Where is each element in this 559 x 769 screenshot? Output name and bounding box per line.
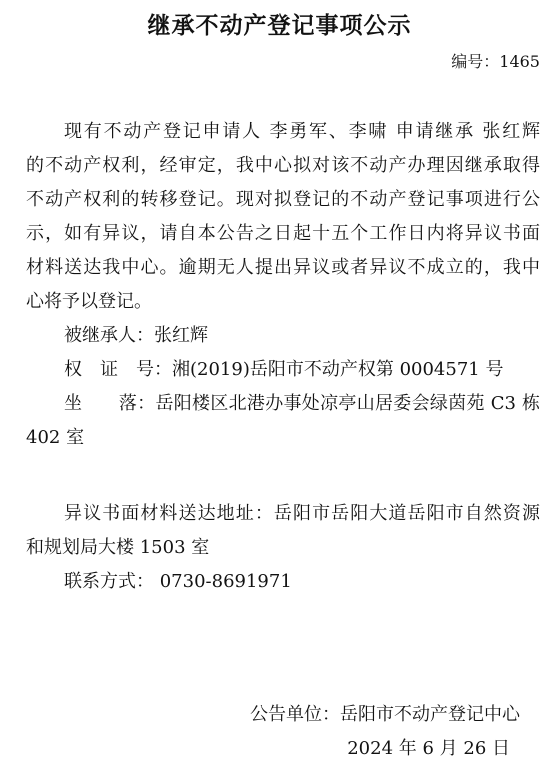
doc-number: 编号：1465 (0, 52, 559, 72)
document-page: 继承不动产登记事项公示 编号：1465 现有不动产登记申请人 李勇军、李啸 申请… (0, 0, 559, 769)
page-title: 继承不动产登记事项公示 (0, 12, 559, 40)
body-line: 示，如有异议，请自本公告之日起十五个工作日内将异议书面 (26, 217, 540, 251)
announcer-line: 公告单位：岳阳市不动产登记中心 (0, 698, 559, 732)
certificate-number-line: 权 证 号：湘(2019)岳阳市不动产权第 0004571 号 (26, 353, 540, 387)
body-line: 不动产权利的转移登记。现对拟登记的不动产登记事项进行公 (26, 183, 540, 217)
body-line: 材料送达我中心。逾期无人提出异议或者异议不成立的，我中 (26, 251, 540, 285)
contact-line: 联系方式： 0730-8691971 (26, 565, 540, 599)
body-line: 心将予以登记。 (26, 285, 540, 319)
objection-address-wrap: 和规划局大楼 1503 室 (26, 531, 540, 565)
body-line: 的不动产权利，经审定，我中心拟对该不动产办理因继承取得 (26, 149, 540, 183)
date-line: 2024 年 6 月 26 日 (0, 732, 559, 766)
location-line: 坐 落：岳阳楼区北港办事处凉亭山居委会绿茵苑 C3 栋 (26, 387, 540, 421)
body-line: 现有不动产登记申请人 李勇军、李啸 申请继承 张红辉 (26, 115, 540, 149)
location-line-wrap: 402 室 (26, 421, 540, 455)
decedent-line: 被继承人：张红辉 (26, 319, 540, 353)
objection-address-line: 异议书面材料送达地址：岳阳市岳阳大道岳阳市自然资源 (26, 497, 540, 531)
body-text: 现有不动产登记申请人 李勇军、李啸 申请继承 张红辉 的不动产权利，经审定，我中… (26, 115, 540, 599)
